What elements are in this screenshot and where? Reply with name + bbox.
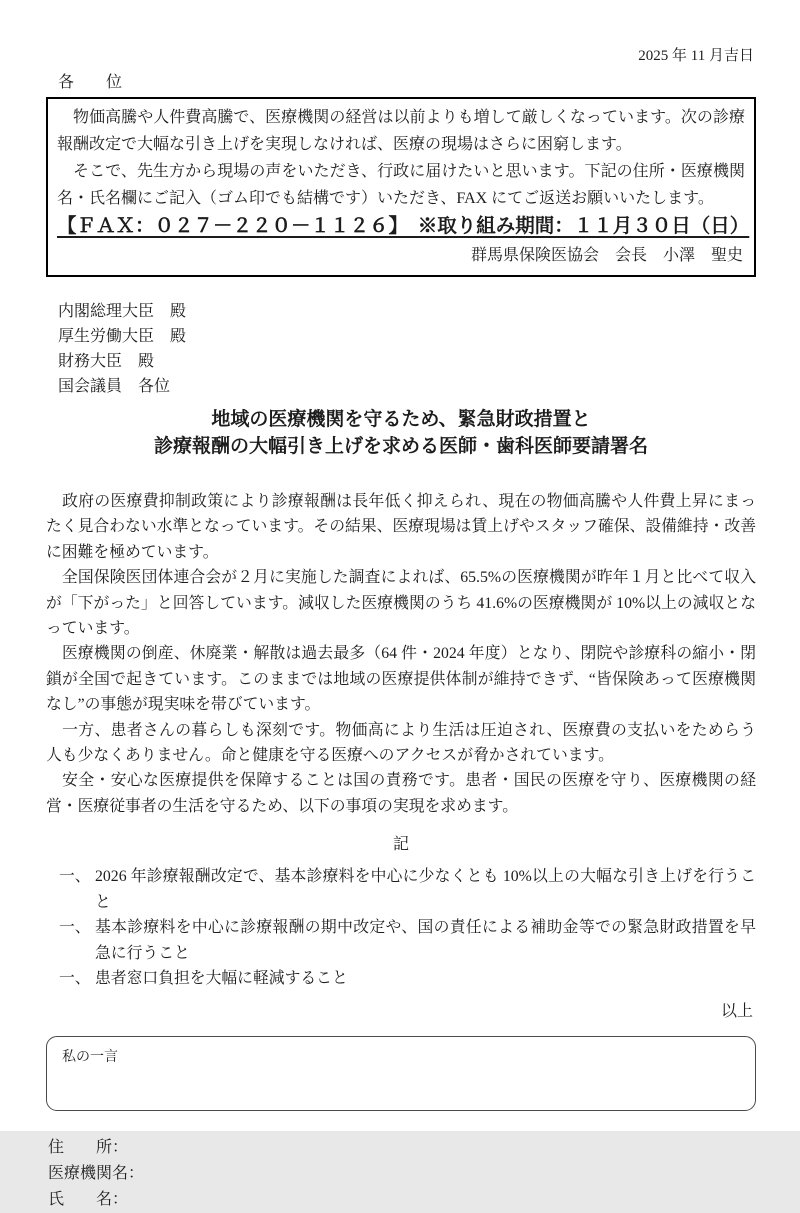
demand-item-text: 2026 年診療報酬改定で、基本診療料を中心に少なくとも 10%以上の大幅な引き… <box>95 864 756 915</box>
addressee-finance-minister: 財務大臣 殿 <box>58 349 756 374</box>
body-text: 政府の医療費抑制政策により診療報酬は長年低く抑えられ、現在の物価高騰や人件費上昇… <box>46 489 756 819</box>
notice-paragraph-2: そこで、先生方から現場の声をいただき、行政に届けたいと思います。下記の住所・医療… <box>57 158 745 212</box>
body-paragraph-4: 一方、患者さんの暮らしも深刻です。物価高により生活は圧迫され、医療費の支払いをた… <box>46 718 756 769</box>
demand-item-text: 基本診療料を中心に診療報酬の期中改定や、国の責任による補助金等での緊急財政措置を… <box>95 915 756 966</box>
addressee-list: 内閣総理大臣 殿 厚生労働大臣 殿 財務大臣 殿 国会議員 各位 <box>46 299 756 399</box>
comment-box: 私の一言 <box>46 1036 756 1111</box>
institution-field: 医療機関名： <box>48 1161 756 1187</box>
body-paragraph-3: 医療機関の倒産、休廃業・解散は過去最多（64 件・2024 年度）となり、閉院や… <box>46 641 756 717</box>
demand-item-text: 患者窓口負担を大幅に軽減すること <box>95 966 756 991</box>
signature-form: 住 所： 医療機関名： 氏 名： <box>46 1135 756 1213</box>
record-heading: 記 <box>46 832 756 857</box>
sender-signature: 群馬県保険医協会 会長 小澤 聖史 <box>57 243 745 268</box>
address-field-value <box>128 1135 756 1161</box>
demand-list: 一、 2026 年診療報酬改定で、基本診療料を中心に少なくとも 10%以上の大幅… <box>46 864 756 991</box>
demand-item: 一、 2026 年診療報酬改定で、基本診療料を中心に少なくとも 10%以上の大幅… <box>46 864 756 915</box>
comment-box-label: 私の一言 <box>62 1050 118 1065</box>
document-date: 2025 年 11 月吉日 <box>46 46 756 66</box>
closing-ijou: 以上 <box>46 1000 756 1024</box>
institution-field-value <box>144 1161 756 1187</box>
body-paragraph-1: 政府の医療費抑制政策により診療報酬は長年低く抑えられ、現在の物価高騰や人件費上昇… <box>46 489 756 565</box>
addressee-prime-minister: 内閣総理大臣 殿 <box>58 299 756 324</box>
name-field-label: 氏 名： <box>48 1187 128 1213</box>
address-field: 住 所： <box>48 1135 756 1161</box>
petition-title-line1: 地域の医療機関を守るため、緊急財政措置と <box>211 409 590 430</box>
document-page: 2025 年 11 月吉日 各 位 物価高騰や人件費高騰で、医療機関の経営は以前… <box>0 0 800 1131</box>
fax-number-line: 【ＦＡＸ：０２７－２２０－１１２６】 ※取り組み期間：１１月３０日（日） <box>57 213 745 241</box>
body-paragraph-2: 全国保険医団体連合会が２月に実施した調査によれば、65.5%の医療機関が昨年１月… <box>46 565 756 641</box>
salutation: 各 位 <box>46 72 756 94</box>
address-field-label: 住 所： <box>48 1135 128 1161</box>
demand-item-marker: 一、 <box>46 966 95 991</box>
demand-item: 一、 基本診療料を中心に診療報酬の期中改定や、国の責任による補助金等での緊急財政… <box>46 915 756 966</box>
notice-paragraph-1: 物価高騰や人件費高騰で、医療機関の経営は以前よりも増して厳しくなっています。次の… <box>57 104 745 158</box>
petition-title: 地域の医療機関を守るため、緊急財政措置と 診療報酬の大幅引き上げを求める医師・歯… <box>46 406 756 460</box>
name-field: 氏 名： <box>48 1187 756 1213</box>
addressee-diet-members: 国会議員 各位 <box>58 374 756 399</box>
name-field-value <box>128 1187 756 1213</box>
demand-item-marker: 一、 <box>46 915 95 966</box>
demand-item: 一、 患者窓口負担を大幅に軽減すること <box>46 966 756 991</box>
body-paragraph-5: 安全・安心な医療提供を保障することは国の責務です。患者・国民の医療を守り、医療機… <box>46 768 756 819</box>
demand-item-marker: 一、 <box>46 864 95 915</box>
notice-box: 物価高騰や人件費高騰で、医療機関の経営は以前よりも増して厳しくなっています。次の… <box>46 97 756 277</box>
addressee-health-minister: 厚生労働大臣 殿 <box>58 324 756 349</box>
institution-field-label: 医療機関名： <box>48 1161 144 1187</box>
petition-title-line2: 診療報酬の大幅引き上げを求める医師・歯科医師要請署名 <box>154 436 648 457</box>
